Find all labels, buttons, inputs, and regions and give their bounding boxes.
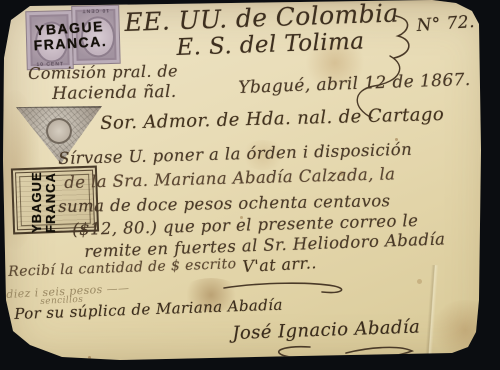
body-line-1: Sírvase U. poner a la órden i disposició… bbox=[58, 140, 412, 168]
document-number: N° 72. bbox=[416, 12, 475, 36]
paper-stain bbox=[430, 300, 500, 360]
vertical-overprint-line1: YBAGUE bbox=[30, 133, 44, 233]
stamp-pair: 10 CENT 10 CENT YBAGUE FRANCA. bbox=[25, 5, 121, 71]
signature-rubric bbox=[250, 343, 420, 367]
body-line-2: de la Sra. Mariana Abadía Calzada, la bbox=[64, 164, 396, 192]
dateline: Ybagué, abril 12 de 1867. bbox=[238, 70, 471, 98]
paper-crease bbox=[425, 265, 439, 365]
document-paper: 10 CENT 10 CENT YBAGUE FRANCA. YBAGUE FR… bbox=[0, 0, 500, 370]
receipt-amount-note: V'at arr.. bbox=[242, 253, 317, 276]
office-line-2: Hacienda ñal. bbox=[52, 82, 177, 104]
photograph-background: 10 CENT 10 CENT YBAGUE FRANCA. YBAGUE FR… bbox=[0, 0, 500, 370]
signature: José Ignacio Abadía bbox=[232, 316, 421, 344]
ybague-franca-overprint: YBAGUE FRANCA. bbox=[22, 18, 118, 54]
receipt-line: Recibí la cantidad de $ escrito bbox=[8, 256, 237, 280]
addressee-line: Sor. Admor. de Hda. nal. de Cartago bbox=[100, 104, 444, 134]
stamp-denomination-inverted: 10 CENT bbox=[72, 7, 118, 14]
header-state-line: E. S. del Tolima bbox=[176, 28, 365, 61]
vertical-overprint-line2: FRANCA bbox=[44, 133, 58, 233]
office-line-1: Comisión pral. de bbox=[28, 61, 178, 83]
receipt-underline-flourish bbox=[222, 278, 352, 296]
vertical-ybague-franca-overprint: YBAGUE FRANCA bbox=[30, 133, 58, 233]
